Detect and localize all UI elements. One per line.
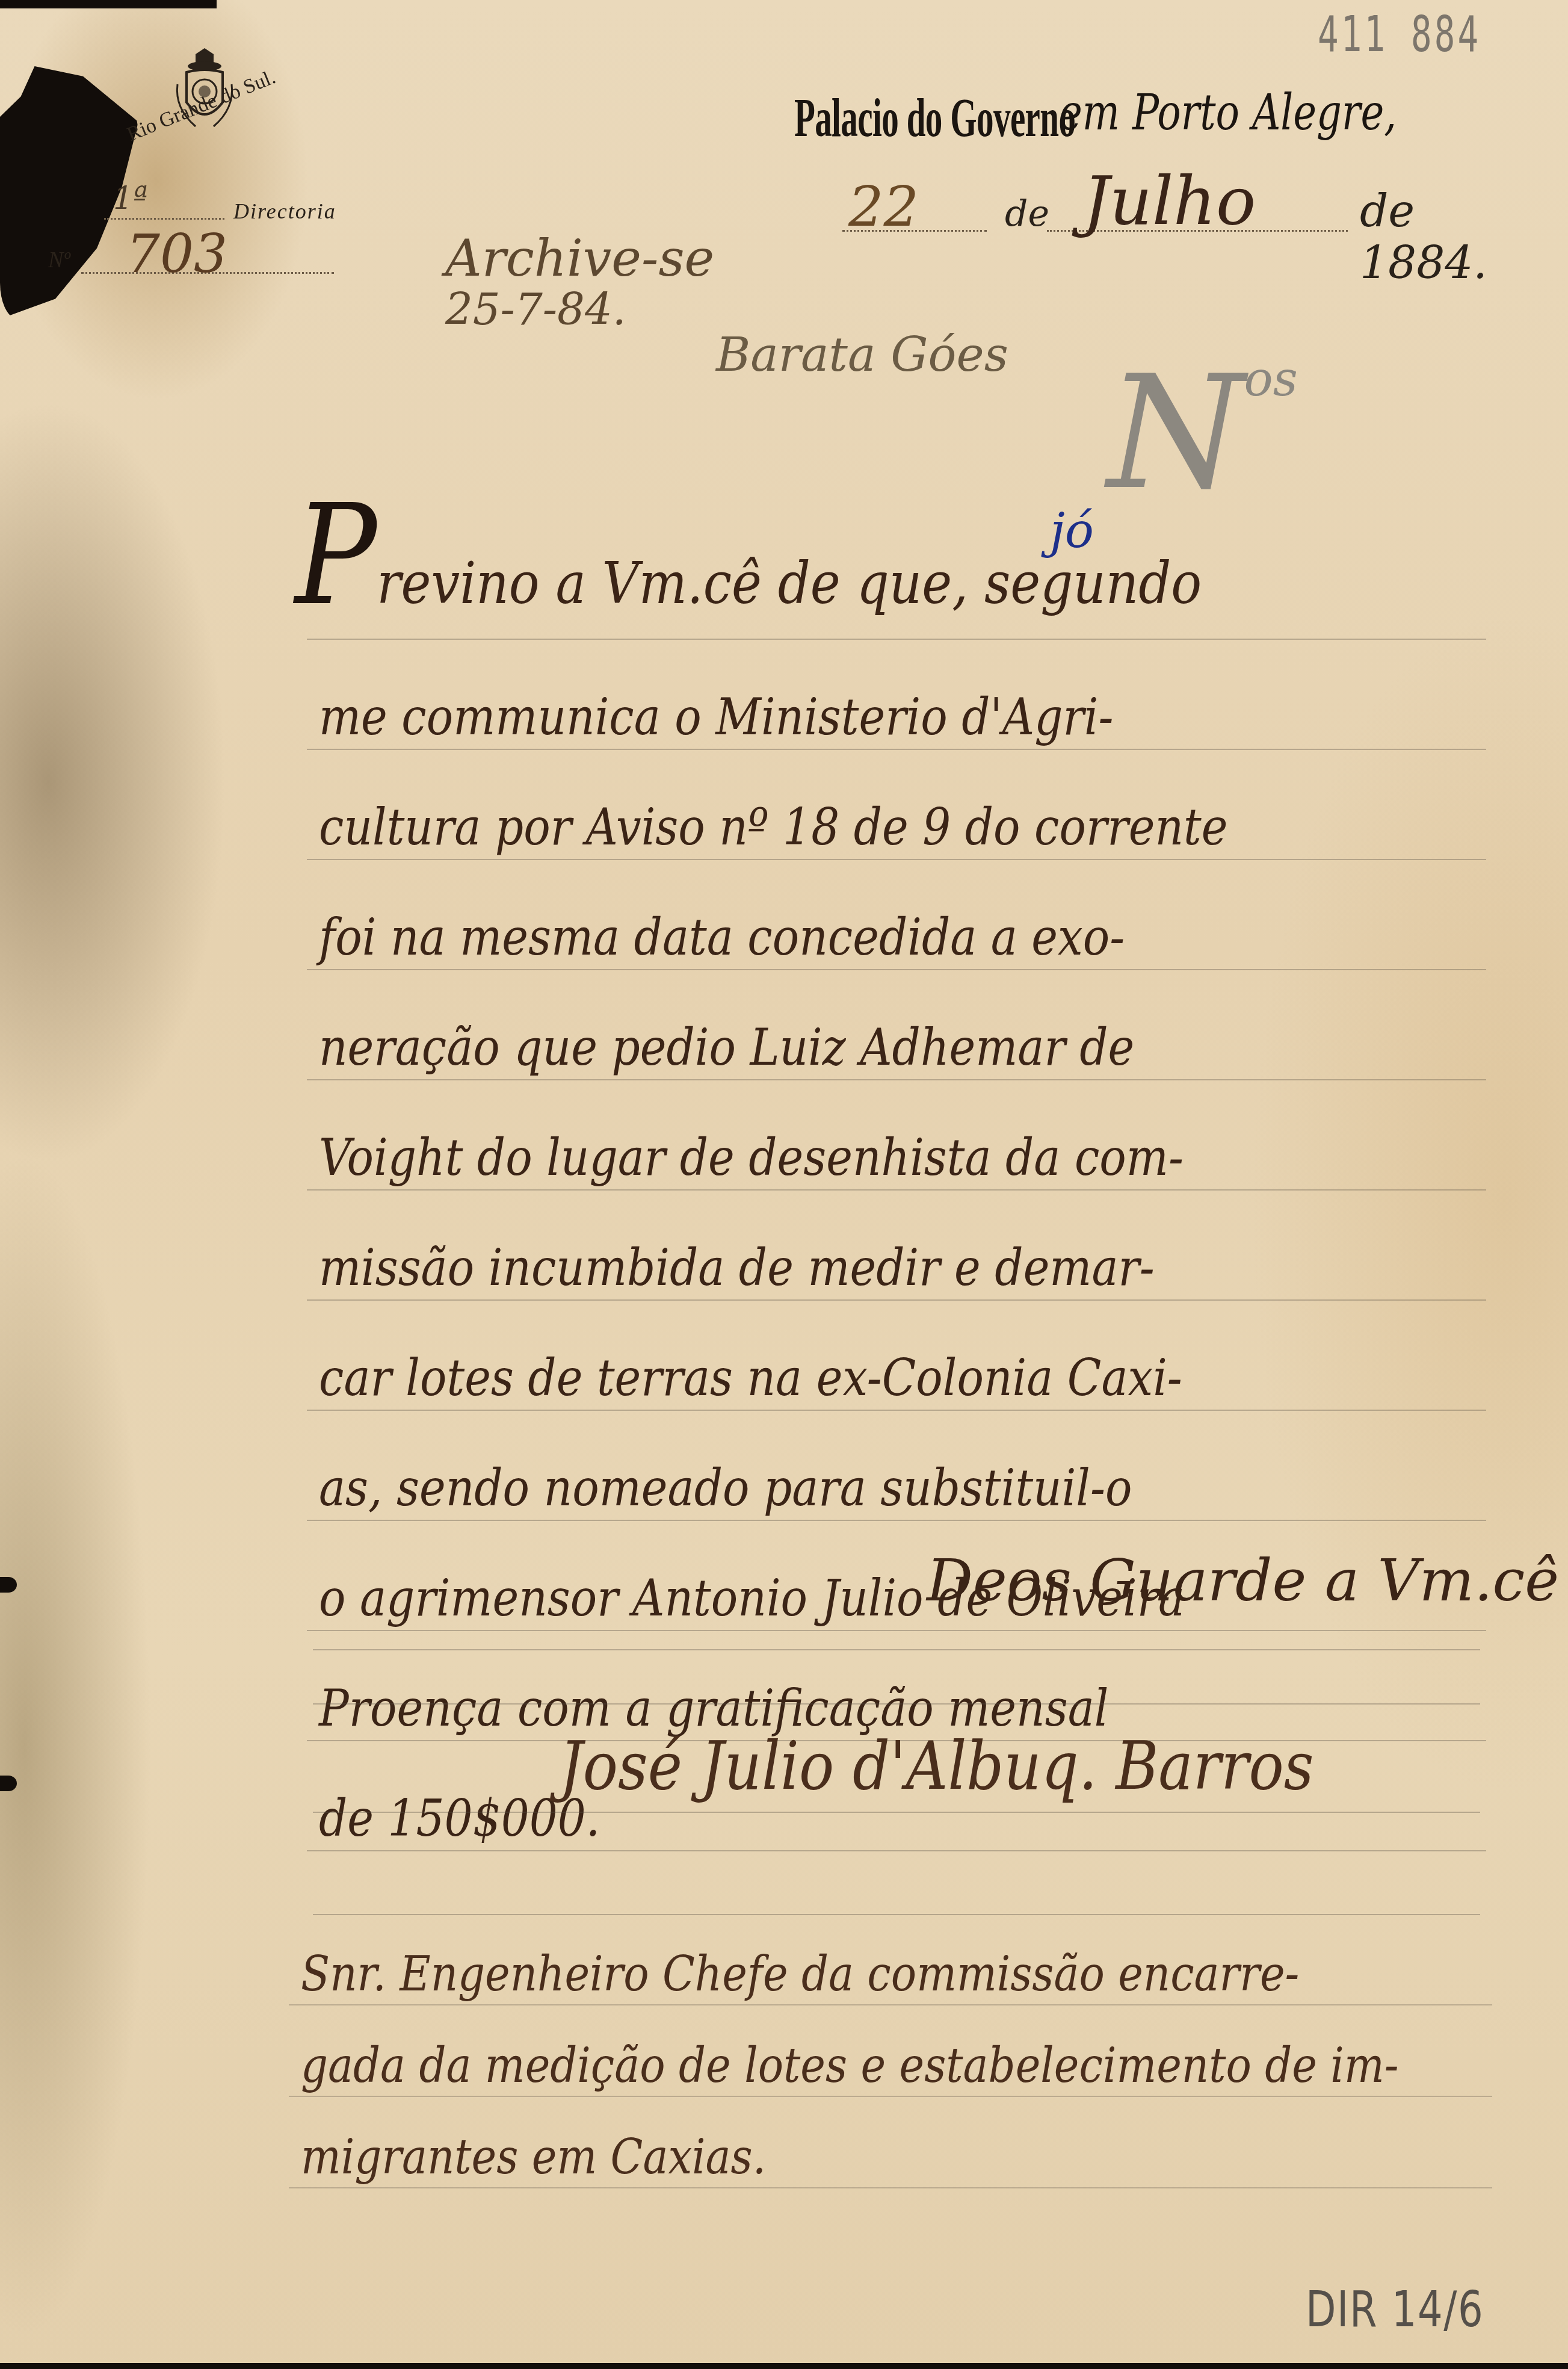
- numero-value: 703: [126, 223, 227, 285]
- numero-field: Nº 703: [48, 229, 337, 283]
- ruled-line: [313, 1703, 1480, 1705]
- directoria-label: Directoria: [233, 199, 336, 224]
- directoria-ordinal: 1ª: [113, 181, 148, 217]
- date-line: 22 de Julho de 1884.: [830, 175, 1522, 241]
- dotted-rule: [104, 218, 224, 220]
- burn-damage-top: [0, 0, 217, 8]
- closing-formula: Deos Guarde a Vm.cê: [927, 1547, 1559, 1614]
- date-de: de: [1005, 193, 1049, 235]
- archive-annotation: Archive-se 25-7-84.: [445, 229, 714, 335]
- body-line: me communica o Ministerio d'Agri-: [307, 640, 1486, 750]
- edge-damage: [0, 1577, 17, 1593]
- addressee-line: Snr. Engenheiro Chefe da commissão encar…: [289, 1914, 1492, 2005]
- body-line-text: neração que pedio Luiz Adhemar de: [319, 1018, 1134, 1077]
- addressee-line: migrantes em Caxias.: [289, 2097, 1492, 2188]
- body-line-text: car lotes de terras na ex-Colonia Caxi-: [319, 1348, 1182, 1407]
- ruled-line: [313, 1649, 1480, 1650]
- date-day: 22: [848, 175, 919, 239]
- archive-code: DIR 14/6: [1306, 2281, 1484, 2338]
- letterhead: Palacio do Governo em Porto Alegre,: [746, 60, 1540, 156]
- body-line: as, sendo nomeado para substituil-o: [307, 1411, 1486, 1521]
- pencil-mark-sup: os: [1244, 351, 1298, 407]
- letter-page: Rio Grande do Sul. 1ª Directoria Nº 703 …: [0, 0, 1568, 2369]
- body-line-text: foi na mesma data concedida a exo-: [319, 908, 1125, 967]
- body-line-text: Voight do lugar de desenhista da com-: [319, 1128, 1184, 1187]
- body-line: Previno a Vm.cê de que, segundo: [307, 530, 1486, 640]
- forward-annotation: Barata Góes: [716, 328, 1008, 382]
- addressee-block: Snr. Engenheiro Chefe da commissão encar…: [289, 1914, 1492, 2188]
- numero-label: Nº: [48, 247, 70, 273]
- date-month: Julho: [1083, 163, 1256, 240]
- body-line: missão incumbida de medir e demar-: [307, 1191, 1486, 1301]
- date-year: de 1884.: [1360, 185, 1522, 289]
- addressee-line: gada da medição de lotes e estabelecimen…: [289, 2005, 1492, 2097]
- body-line: neração que pedio Luiz Adhemar de: [307, 970, 1486, 1080]
- body-line: cultura por Aviso nº 18 de 9 do corrente: [307, 750, 1486, 860]
- body-line-text: missão incumbida de medir e demar-: [319, 1238, 1155, 1297]
- body-line-text: me communica o Ministerio d'Agri-: [319, 687, 1113, 746]
- body-line-text: de 150$000.: [319, 1789, 600, 1848]
- body-line: Proença com a gratificação mensal: [307, 1631, 1486, 1741]
- body-line: Voight do lugar de desenhista da com-: [307, 1080, 1486, 1191]
- body-line: car lotes de terras na ex-Colonia Caxi-: [307, 1301, 1486, 1411]
- letterhead-city: em Porto Alegre,: [1059, 84, 1397, 141]
- archive-note-text: Archive-se: [445, 229, 714, 288]
- body-line-text: as, sendo nomeado para substituil-o: [319, 1458, 1132, 1517]
- body-line: foi na mesma data concedida a exo-: [307, 860, 1486, 970]
- scan-edge: [0, 2363, 1568, 2369]
- pencil-reference-number: 411 884: [1318, 6, 1481, 63]
- archive-note-date: 25-7-84.: [445, 284, 714, 335]
- body-line-text: cultura por Aviso nº 18 de 9 do corrente: [319, 797, 1227, 856]
- addressee-line-text: Snr. Engenheiro Chefe da commissão encar…: [301, 1946, 1299, 2002]
- ruled-line: [313, 1812, 1480, 1813]
- body-line-text: Previno a Vm.cê de que, segundo: [295, 475, 1202, 636]
- letter-body: Previno a Vm.cê de que, segundo me commu…: [307, 530, 1486, 1851]
- edge-damage: [0, 1776, 17, 1791]
- addressee-line-text: gada da medição de lotes e estabelecimen…: [301, 2037, 1398, 2093]
- signature: José Julio d'Albuq. Barros: [560, 1727, 1314, 1804]
- letterhead-title: Palacio do Governo: [794, 85, 1075, 149]
- addressee-line-text: migrantes em Caxias.: [301, 2129, 766, 2185]
